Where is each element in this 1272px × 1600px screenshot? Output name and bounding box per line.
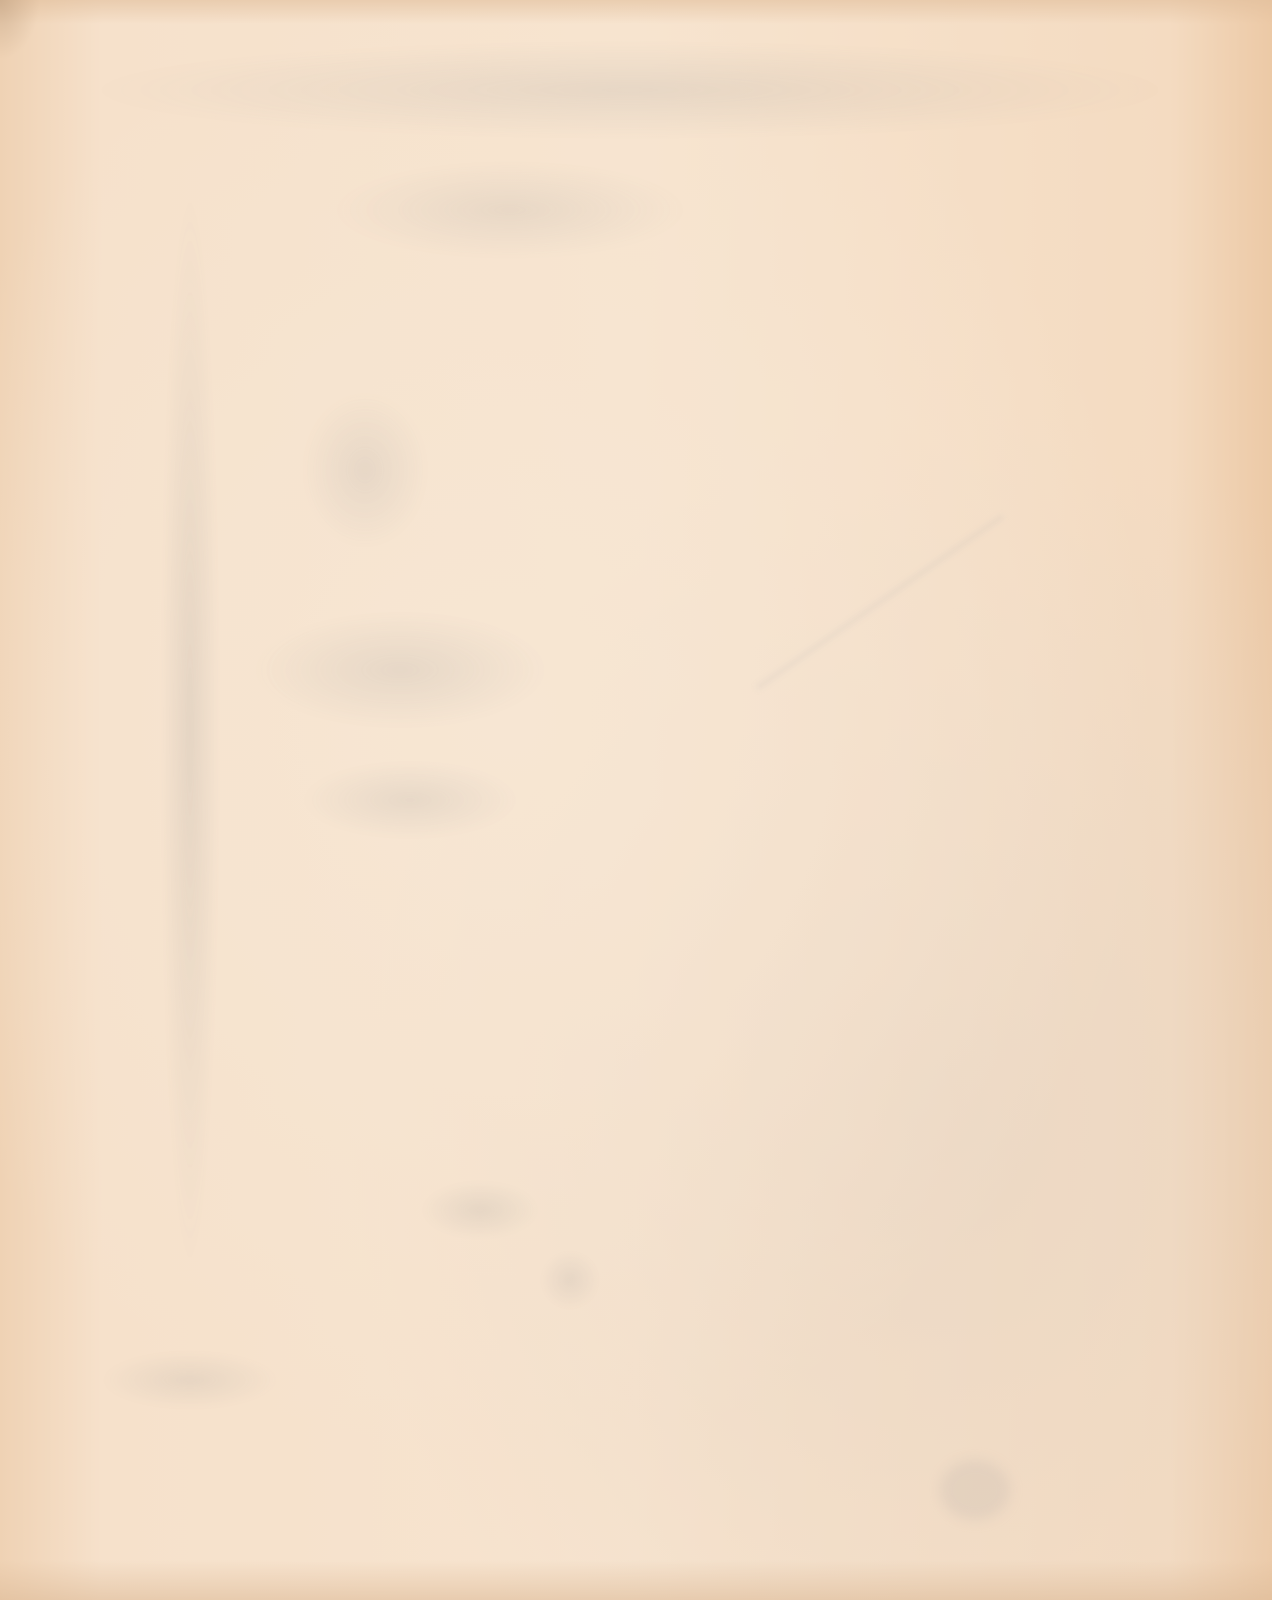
bleed-through-smudge xyxy=(300,390,430,550)
bleed-through-smudge xyxy=(540,1250,600,1310)
paper-crease xyxy=(756,514,1004,689)
paper-stain xyxy=(940,1460,1010,1520)
paper-page xyxy=(0,0,1272,1600)
bleed-through-smudge xyxy=(330,160,690,260)
paper-top-edge xyxy=(0,0,1272,24)
bleed-through-smudge xyxy=(160,180,220,1280)
bleed-through-smudge xyxy=(300,760,520,840)
bleed-through-smudge xyxy=(100,1350,280,1410)
bleed-through-smudge xyxy=(420,1180,540,1240)
corner-fold xyxy=(0,0,40,60)
bleed-through-smudge xyxy=(250,610,550,730)
paper-bottom-edge xyxy=(0,1560,1272,1600)
bleed-through-smudge xyxy=(80,40,1180,140)
